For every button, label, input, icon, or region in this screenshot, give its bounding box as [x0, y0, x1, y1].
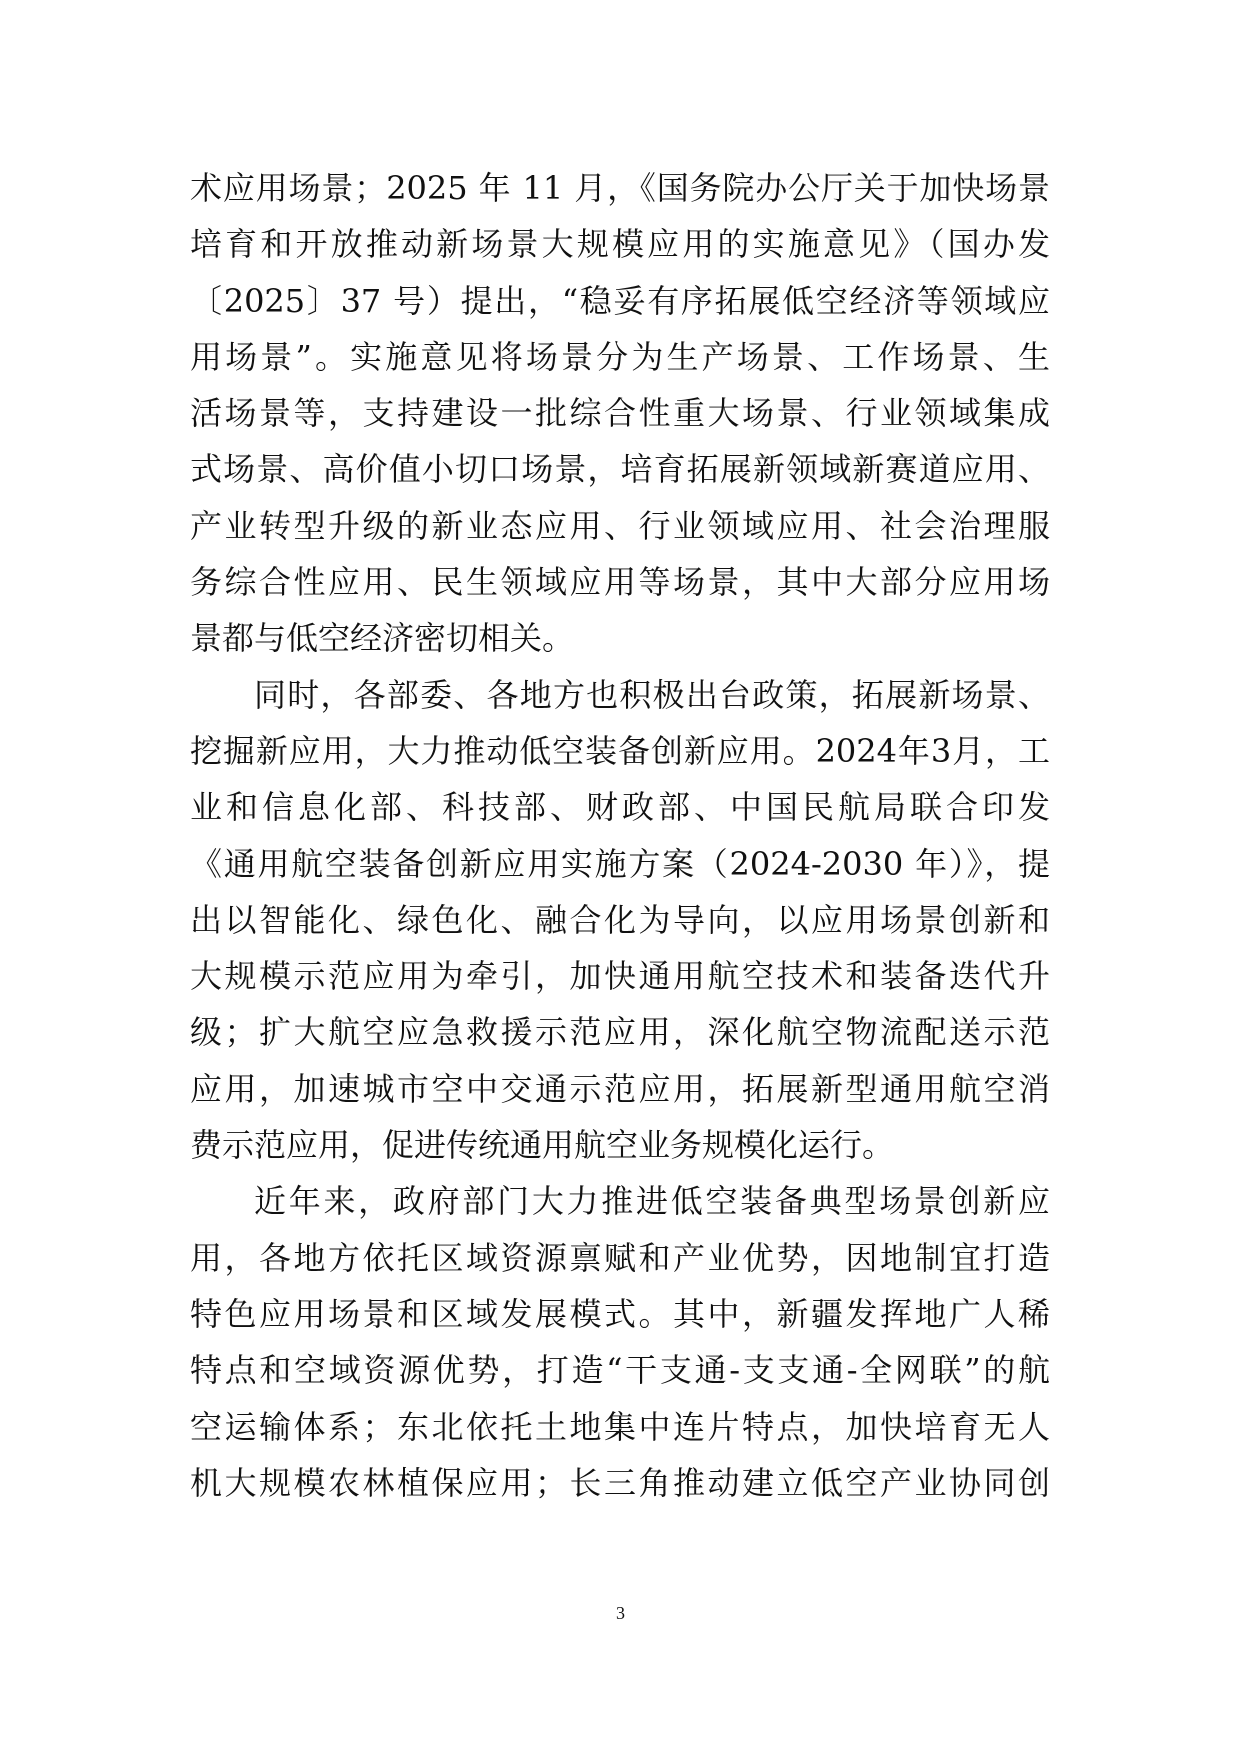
text-line: 特色应用场景和区域发展模式。其中，新疆发挥地广人稀 [190, 1286, 1050, 1342]
page-number: 3 [0, 1603, 1241, 1624]
text-line: 〔2025〕37 号）提出，“稳妥有序拓展低空经济等领域应 [190, 273, 1050, 329]
text-line: 活场景等，支持建设一批综合性重大场景、行业领域集成 [190, 385, 1050, 441]
paragraph-start-line: 近年来，政府部门大力推进低空装备典型场景创新应 [190, 1173, 1050, 1229]
text-line: 特点和空域资源优势，打造“干支通-支支通-全网联”的航 [190, 1342, 1050, 1398]
text-line: 费示范应用，促进传统通用航空业务规模化运行。 [190, 1117, 1050, 1173]
text-line: 应用，加速城市空中交通示范应用，拓展新型通用航空消 [190, 1061, 1050, 1117]
text-line: 业和信息化部、科技部、财政部、中国民航局联合印发 [190, 779, 1050, 835]
text-line: 大规模示范应用为牵引，加快通用航空技术和装备迭代升 [190, 948, 1050, 1004]
text-line: 务综合性应用、民生领域应用等场景，其中大部分应用场 [190, 554, 1050, 610]
text-line: 产业转型升级的新业态应用、行业领域应用、社会治理服 [190, 498, 1050, 554]
text-line: 培育和开放推动新场景大规模应用的实施意见》（国办发 [190, 216, 1050, 272]
document-page: 术应用场景；2025 年 11 月，《国务院办公厅关于加快场景 培育和开放推动新… [0, 0, 1241, 1754]
body-text: 术应用场景；2025 年 11 月，《国务院办公厅关于加快场景 培育和开放推动新… [190, 160, 1050, 1511]
text-line: 机大规模农林植保应用；长三角推动建立低空产业协同创 [190, 1455, 1050, 1511]
text-line: 术应用场景；2025 年 11 月，《国务院办公厅关于加快场景 [190, 160, 1050, 216]
text-line: 挖掘新应用，大力推动低空装备创新应用。2024年3月，工 [190, 723, 1050, 779]
text-line: 出以智能化、绿色化、融合化为导向，以应用场景创新和 [190, 892, 1050, 948]
text-line: 景都与低空经济密切相关。 [190, 610, 1050, 666]
text-line: 空运输体系；东北依托土地集中连片特点，加快培育无人 [190, 1399, 1050, 1455]
text-line: 级；扩大航空应急救援示范应用，深化航空物流配送示范 [190, 1004, 1050, 1060]
text-line: 用场景”。实施意见将场景分为生产场景、工作场景、生 [190, 329, 1050, 385]
text-line: 用，各地方依托区域资源禀赋和产业优势，因地制宜打造 [190, 1230, 1050, 1286]
text-line: 《通用航空装备创新应用实施方案（2024-2030 年）》，提 [190, 836, 1050, 892]
paragraph-start-line: 同时，各部委、各地方也积极出台政策，拓展新场景、 [190, 667, 1050, 723]
text-line: 式场景、高价值小切口场景，培育拓展新领域新赛道应用、 [190, 441, 1050, 497]
